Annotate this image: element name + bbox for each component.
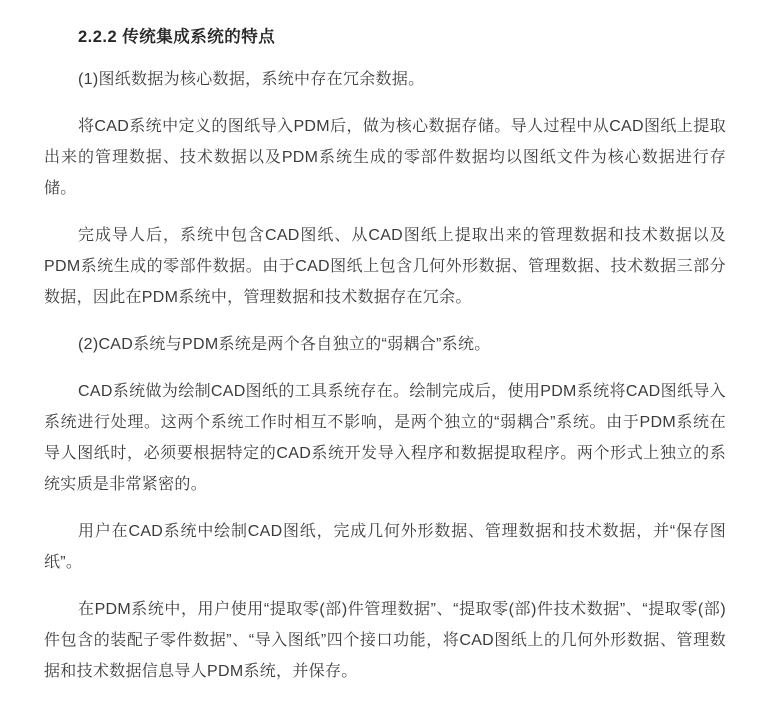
paragraph-body-4: 用户在CAD系统中绘制CAD图纸，完成几何外形数据、管理数据和技术数据，并“保存… bbox=[44, 516, 726, 578]
paragraph-body-3: CAD系统做为绘制CAD图纸的工具系统存在。绘制完成后，使用PDM系统将CAD图… bbox=[44, 376, 726, 500]
paragraph-body-5: 在PDM系统中，用户使用“提取零(部)件管理数据”、“提取零(部)件技术数据”、… bbox=[44, 594, 726, 687]
paragraph-list-item-1: (1)图纸数据为核心数据，系统中存在冗余数据。 bbox=[44, 64, 726, 95]
paragraph-body-2: 完成导人后，系统中包含CAD图纸、从CAD图纸上提取出来的管理数据和技术数据以及… bbox=[44, 220, 726, 313]
section-heading: 2.2.2 传统集成系统的特点 bbox=[44, 26, 726, 48]
document-page: 2.2.2 传统集成系统的特点 (1)图纸数据为核心数据，系统中存在冗余数据。 … bbox=[0, 0, 770, 703]
paragraph-body-1: 将CAD系统中定义的图纸导入PDM后，做为核心数据存储。导人过程中从CAD图纸上… bbox=[44, 111, 726, 204]
paragraph-list-item-2: (2)CAD系统与PDM系统是两个各自独立的“弱耦合”系统。 bbox=[44, 329, 726, 360]
